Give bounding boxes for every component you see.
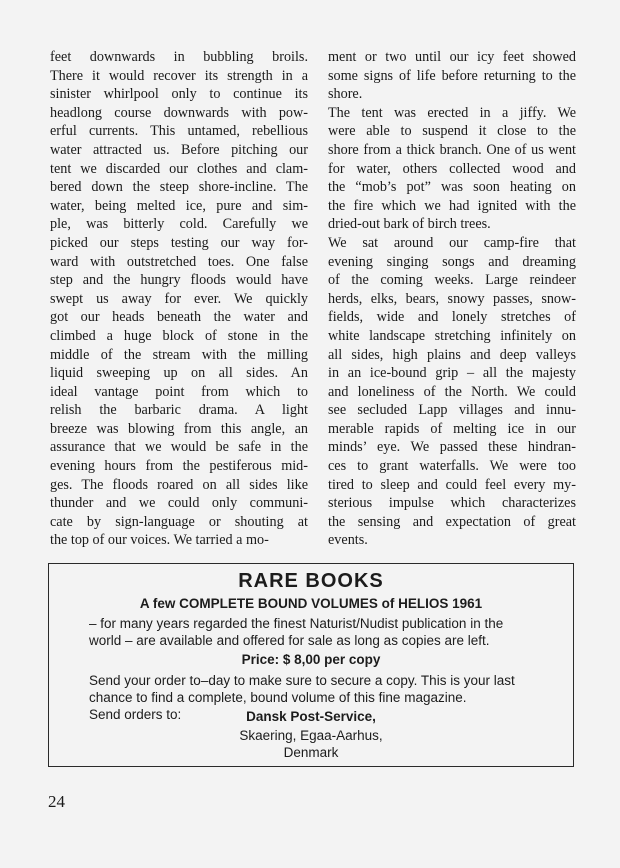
article-line: events.	[328, 531, 576, 550]
article-line: merable rapids of melting ice in our	[328, 420, 576, 439]
article-line: sterious impulse which characterizes	[328, 494, 576, 513]
ad-order-line: chance to find a complete, bound volume …	[89, 689, 553, 706]
ad-description-line: – for many years regarded the finest Nat…	[89, 615, 553, 632]
article-line: ces to grant waterfalls. We were too	[328, 457, 576, 476]
ad-subtitle: A few COMPLETE BOUND VOLUMES of HELIOS 1…	[49, 596, 573, 611]
article-line: herds, elks, bears, snowy passes, snow-	[328, 290, 576, 309]
page-number: 24	[48, 792, 65, 812]
article-line: in an ice-bound grip – all the majesty	[328, 364, 576, 383]
article-line: We sat around our camp-fire that	[328, 234, 576, 253]
ad-description-line: world – are available and offered for sa…	[89, 632, 553, 649]
article-line: of the coming weeks. Large reindeer	[328, 271, 576, 290]
article-line: cate by sign-language or shouting at	[50, 513, 308, 532]
article-line: thunder and we could only communi-	[50, 494, 308, 513]
ad-address-line2: Denmark	[49, 744, 573, 761]
article-line: bered down the steep shore-incline. The	[50, 178, 308, 197]
article-line: relish the barbaric drama. A light	[50, 401, 308, 420]
article-line: tired to sleep and could feel every my-	[328, 476, 576, 495]
article-line: assurance that we would be safe in the	[50, 438, 308, 457]
article-line: the sensing and expectation of great	[328, 513, 576, 532]
article-line: sinister whirlpool only to continue its	[50, 85, 308, 104]
ad-address-name: Dansk Post-Service,	[49, 709, 573, 724]
article-line: for water, others collected wood and	[328, 160, 576, 179]
article-line: tent we discarded our clothes and clam-	[50, 160, 308, 179]
article-line: water, being melted ice, pure and sim-	[50, 197, 308, 216]
article-line: all sides, high plains and deep valleys	[328, 346, 576, 365]
article-line: fields, wide and lonely stretches of	[328, 308, 576, 327]
article-line: evening hours from the pestiferous mid-	[50, 457, 308, 476]
article-line: white landscape stretching infinitely on	[328, 327, 576, 346]
article-line: ple, was bitterly cold. Carefully we	[50, 215, 308, 234]
article-line: ment or two until our icy feet showed	[328, 48, 576, 67]
article-line: were able to suspend it close to the	[328, 122, 576, 141]
article-line: and loneliness of the North. We could	[328, 383, 576, 402]
article-line: shore from a thick branch. One of us wen…	[328, 141, 576, 160]
article-line: There it would recover its strength in a	[50, 67, 308, 86]
article-line: ward with outstretched toes. One false	[50, 253, 308, 272]
article-line: feet downwards in bubbling broils.	[50, 48, 308, 67]
article-line: headlong course downwards with pow-	[50, 104, 308, 123]
ad-address-line1: Skaering, Egaa-Aarhus,	[49, 727, 573, 744]
article-line: shore.	[328, 85, 576, 104]
article-line: the “mob’s pot” was soon heating on	[328, 178, 576, 197]
article-line: got our heads beneath the water and	[50, 308, 308, 327]
ad-title: RARE BOOKS	[49, 570, 573, 593]
rare-books-advertisement: RARE BOOKS A few COMPLETE BOUND VOLUMES …	[48, 563, 574, 767]
article-line: liquid sweeping up on all sides. An	[50, 364, 308, 383]
article-line: the top of our voices. We tarried a mo-	[50, 531, 308, 550]
article-line: erful currents. This untamed, rebellious	[50, 122, 308, 141]
article-line: ges. The floods roared on all sides like	[50, 476, 308, 495]
article-line: water attracted us. Before pitching our	[50, 141, 308, 160]
article-line: ideal vantage point from which to	[50, 383, 308, 402]
ad-price: Price: $ 8,00 per copy	[49, 652, 573, 667]
article-column-left: feet downwards in bubbling broils.There …	[50, 48, 308, 550]
article-line: climbed a huge block of stone in the	[50, 327, 308, 346]
ad-description: – for many years regarded the finest Nat…	[89, 615, 553, 649]
article-line: The tent was erected in a jiffy. We	[328, 104, 576, 123]
article-line: middle of the stream with the milling	[50, 346, 308, 365]
ad-address: Skaering, Egaa-Aarhus, Denmark	[49, 727, 573, 761]
article-line: minds’ eye. We passed these hindran-	[328, 438, 576, 457]
article-line: the fire which we had ignited with the	[328, 197, 576, 216]
ad-order-line: Send your order to–day to make sure to s…	[89, 672, 553, 689]
article-column-right: ment or two until our icy feet showedsom…	[328, 48, 576, 550]
article-line: dried-out bark of birch trees.	[328, 215, 576, 234]
article-line: see secluded Lapp villages and innu-	[328, 401, 576, 420]
article-line: picked our steps testing our way for-	[50, 234, 308, 253]
article-line: breeze was blowing from this angle, an	[50, 420, 308, 439]
article-line: some signs of life before returning to t…	[328, 67, 576, 86]
article-line: swept us away for ever. We quickly	[50, 290, 308, 309]
article-line: evening singing songs and dreaming	[328, 253, 576, 272]
article-line: step and the hungry floods would have	[50, 271, 308, 290]
